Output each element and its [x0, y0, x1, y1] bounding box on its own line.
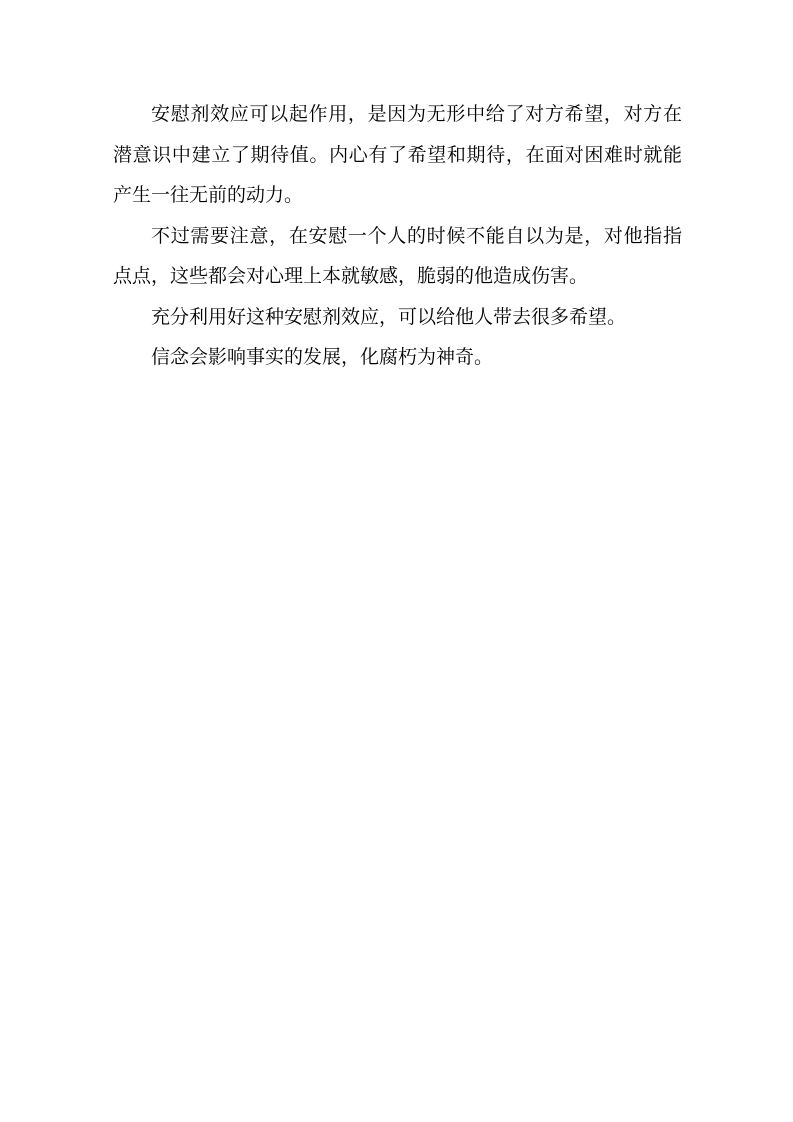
paragraph: 信念会影响事实的发展，化腐朽为神奇。: [113, 338, 682, 379]
document-page: 安慰剂效应可以起作用，是因为无形中给了对方希望，对方在潜意识中建立了期待值。内心…: [0, 0, 793, 1122]
text-block: 安慰剂效应可以起作用，是因为无形中给了对方希望，对方在潜意识中建立了期待值。内心…: [113, 95, 682, 379]
paragraph: 不过需要注意，在安慰一个人的时候不能自以为是，对他指指点点，这些都会对心理上本就…: [113, 217, 682, 298]
paragraph: 充分利用好这种安慰剂效应，可以给他人带去很多希望。: [113, 298, 682, 339]
paragraph: 安慰剂效应可以起作用，是因为无形中给了对方希望，对方在潜意识中建立了期待值。内心…: [113, 95, 682, 217]
